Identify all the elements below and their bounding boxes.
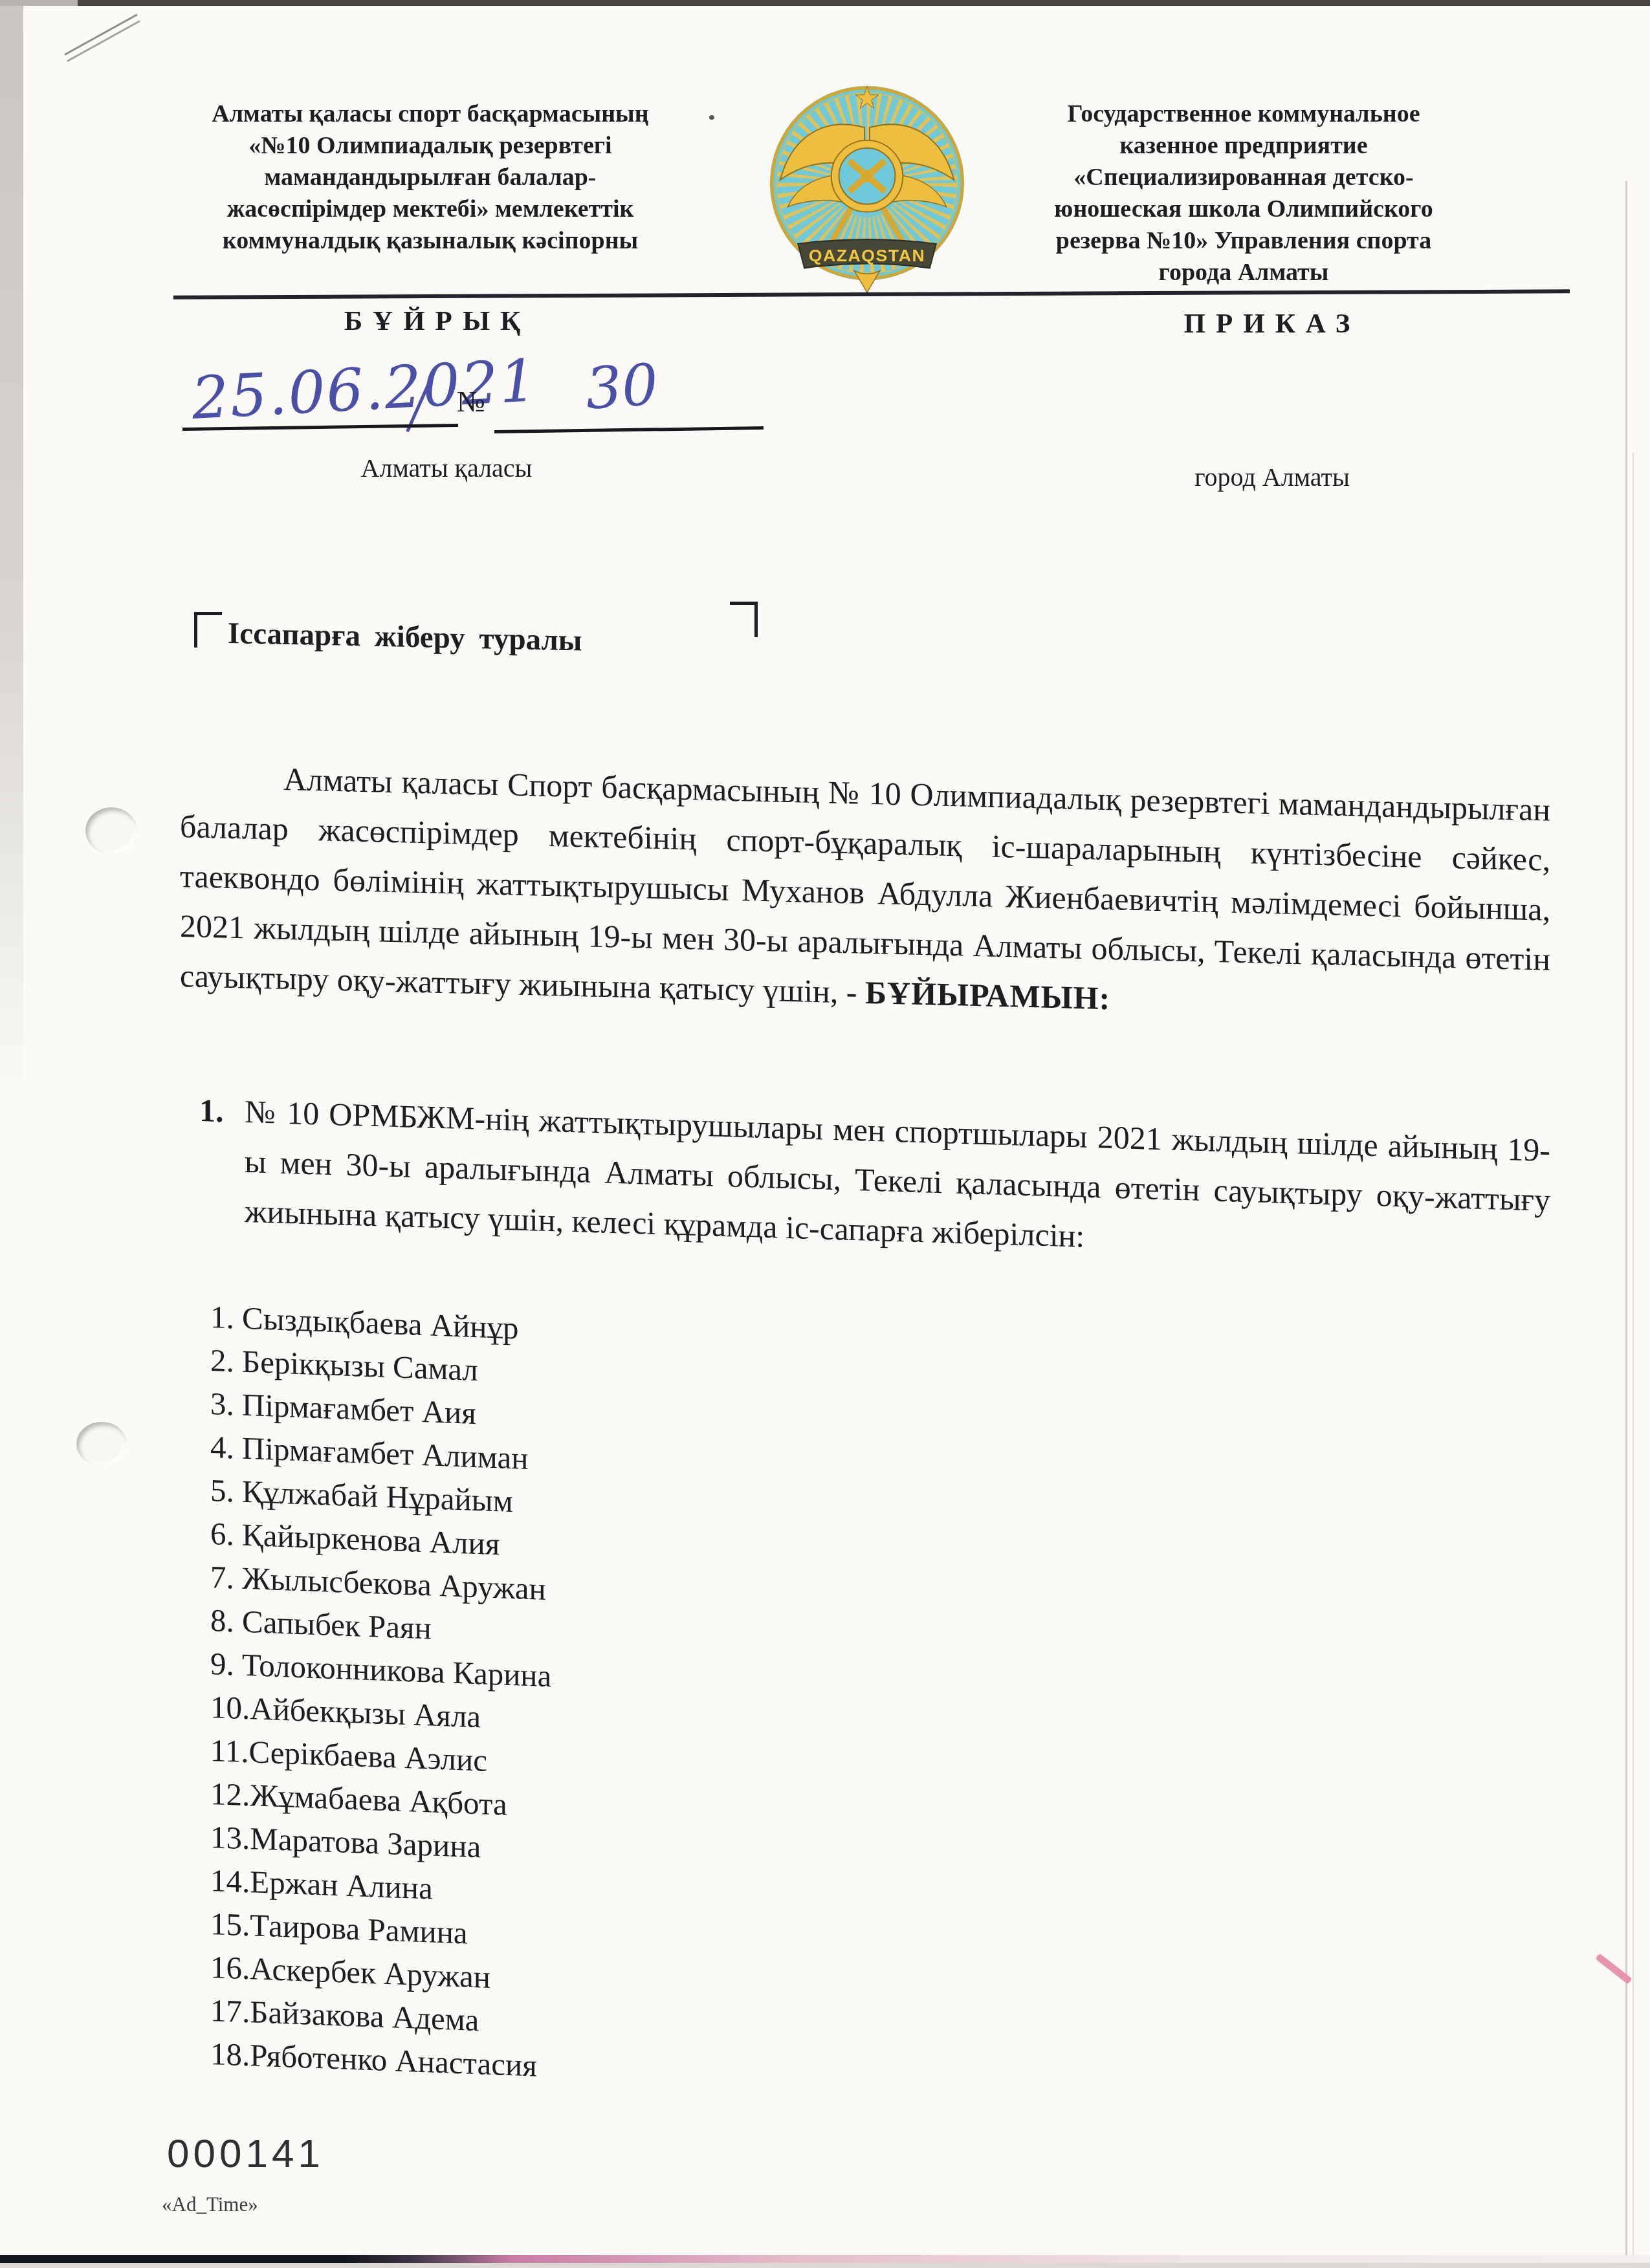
order-item-1: 1. № 10 ОРМБЖМ-нің жаттықтырушылары мен … — [199, 1085, 1550, 1275]
athletes-list: 1. Сыздықбаева Айнұр 2. Берікқызы Самал … — [210, 1295, 551, 2088]
scan-page-edge-right — [1625, 181, 1627, 2258]
order-heading-kazakh: БҰЙРЫҚ — [185, 305, 690, 337]
scan-page-edge-right-faint — [1633, 453, 1634, 2258]
punch-hole — [85, 807, 137, 854]
handwritten-date: 25.06.2021 — [190, 347, 540, 433]
staple-mark — [67, 20, 140, 62]
city-label-kazakh: Алматы қаласы — [304, 453, 589, 483]
handwritten-order-number: 30 — [584, 351, 661, 422]
scan-edge-left — [0, 6, 23, 1106]
preamble-text: Алматы қаласы Спорт басқармасының № 10 О… — [180, 761, 1550, 1010]
punch-hole — [76, 1422, 127, 1466]
order-item-text: № 10 ОРМБЖМ-нің жаттықтырушылары мен спо… — [245, 1087, 1550, 1275]
emblem-banner-text: QAZAQSTAN — [809, 246, 925, 265]
crop-mark-right — [730, 602, 758, 637]
staple-mark — [64, 14, 137, 56]
page-number: 000141 — [167, 2131, 324, 2177]
scanned-order-page: Алматы қаласы спорт басқармасының «№10 О… — [0, 0, 1650, 2268]
number-underline — [494, 426, 764, 433]
crop-mark-left — [194, 612, 222, 648]
city-label-russian: город Алматы — [1123, 462, 1421, 492]
scan-edge-top-left — [0, 0, 78, 6]
ad-time-stamp: «Ad_Time» — [162, 2193, 258, 2216]
document-title: Іссапарға жіберу туралы — [228, 616, 582, 658]
directive-word: БҰЙЫРАМЫН: — [865, 974, 1110, 1016]
org-name-kazakh: Алматы қаласы спорт басқармасының «№10 О… — [207, 98, 654, 257]
scan-edge-bottom-gray — [0, 2263, 1650, 2268]
kazakhstan-emblem-icon: QAZAQSTAN — [758, 76, 976, 299]
scan-edge-top — [78, 0, 1650, 6]
number-sign-label: № — [457, 384, 485, 419]
order-item-number: 1. — [199, 1085, 224, 1136]
order-heading-russian: ПРИКАЗ — [1020, 308, 1524, 340]
preamble-paragraph: Алматы қаласы Спорт басқармасының № 10 О… — [180, 752, 1550, 1034]
org-name-russian: Государственное коммунальное казенное пр… — [1033, 98, 1455, 289]
scan-speck — [709, 115, 714, 120]
